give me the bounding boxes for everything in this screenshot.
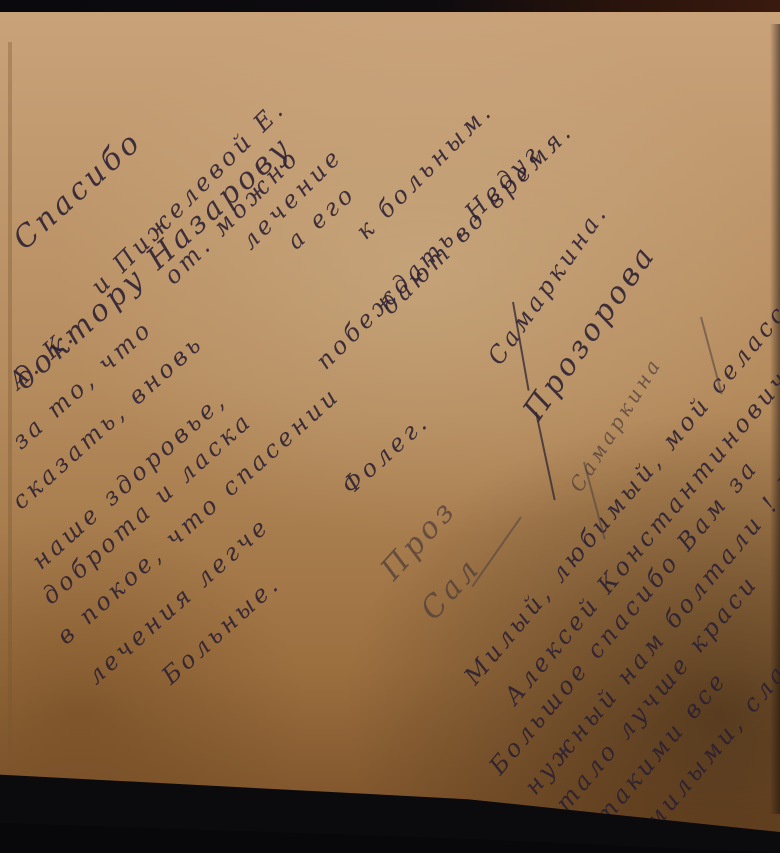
paper-sheet: Спасибодоктору НазаровуА. К.и Пижелевой … xyxy=(0,12,780,832)
signature: Сал xyxy=(414,550,488,627)
page-edge-left xyxy=(8,42,12,802)
pencil-stroke-slash xyxy=(471,516,521,587)
handwritten-line: Фолег. xyxy=(336,407,435,500)
